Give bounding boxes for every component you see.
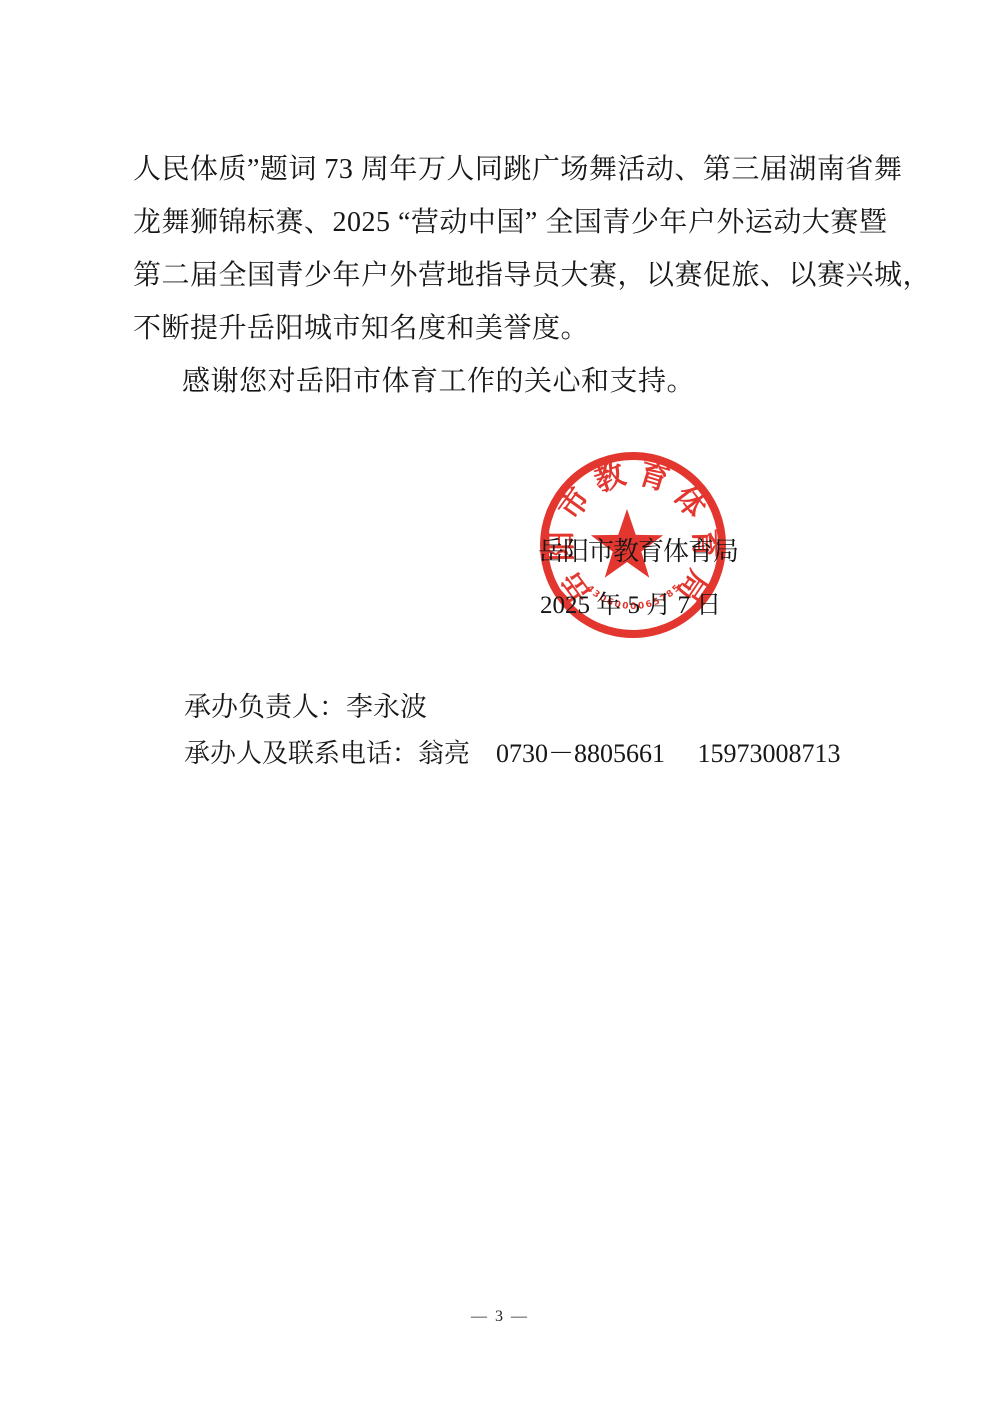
signature-date: 2025 年 5 月 7 日 [540,585,721,621]
closing-line: 感谢您对岳阳市体育工作的关心和支持。 [133,355,873,408]
body-line-2: 龙舞狮锦标赛、2025 “营动中国” 全国青少年户外运动大赛暨 [133,196,873,249]
page-number: — 3 — [0,1308,1000,1326]
signature-org: 岳阳市教育体育局 [538,531,738,568]
contact-phone-line: 承办人及联系电话：翁亮 0730－8805661 15973008713 [184,733,841,770]
body-line-1: 人民体质”题词 73 周年万人同跳广场舞活动、第三届湖南省舞 [133,143,873,196]
document-page: 人民体质”题词 73 周年万人同跳广场舞活动、第三届湖南省舞 龙舞狮锦标赛、20… [0,0,1000,1414]
body-line-3: 第二届全国青少年户外营地指导员大赛，以赛促旅、以赛兴城， [133,249,873,302]
body-paragraph: 人民体质”题词 73 周年万人同跳广场舞活动、第三届湖南省舞 龙舞狮锦标赛、20… [133,143,873,408]
body-line-4: 不断提升岳阳城市知名度和美誉度。 [133,302,873,355]
contact-person-line: 承办负责人：李永波 [184,685,427,724]
